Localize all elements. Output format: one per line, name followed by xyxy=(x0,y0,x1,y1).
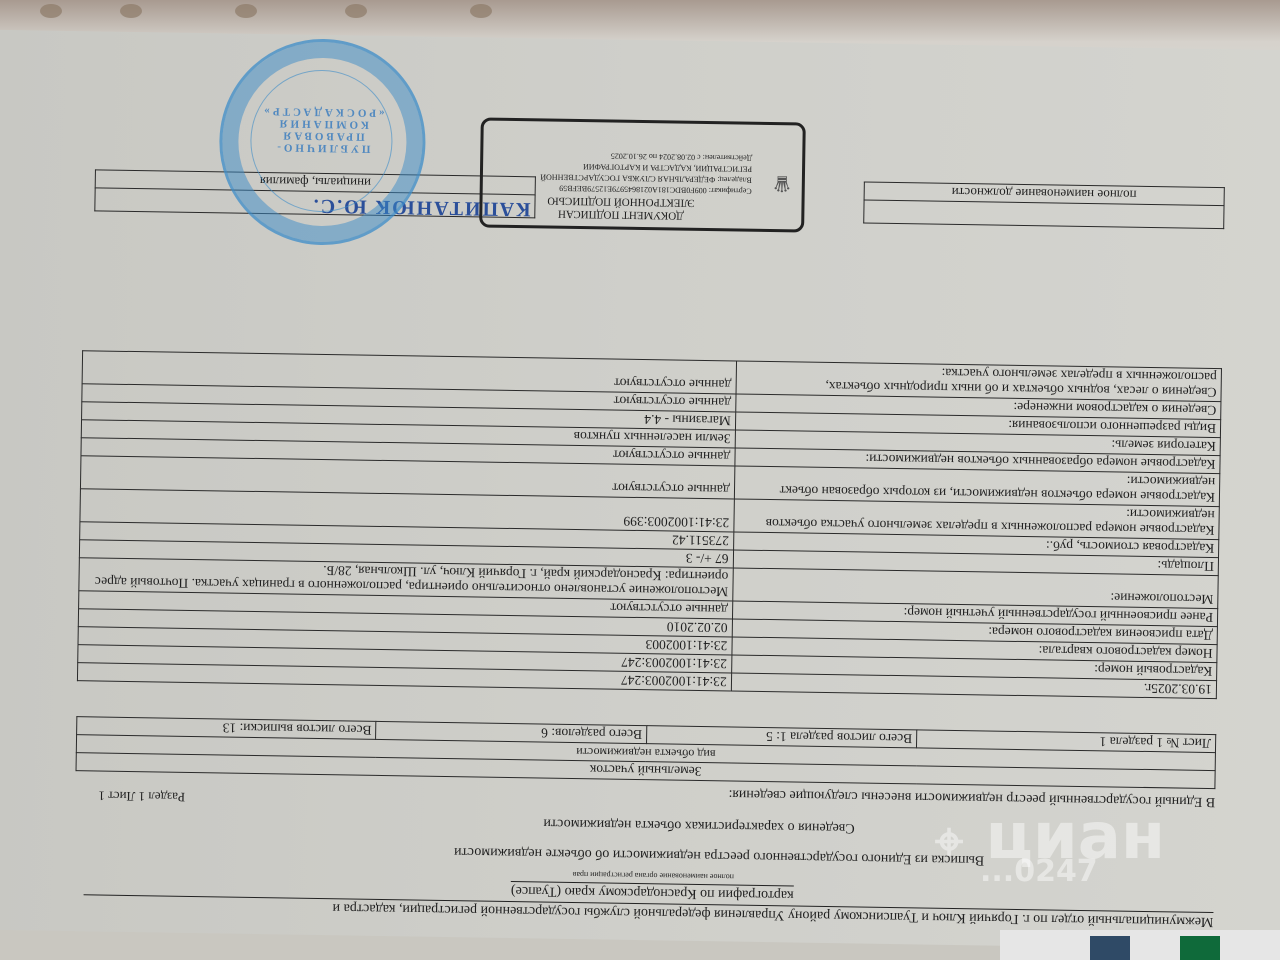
background-objects xyxy=(1000,930,1280,960)
cian-watermark: ⌖ циан ...0247 xyxy=(935,800,1165,889)
characteristics-table: 19.03.2025г. 23:41:1002003:247 Кадастров… xyxy=(77,350,1222,699)
office-name-line2: картографии по Краснодарскому краю (Туап… xyxy=(511,881,794,902)
stamp-text: ПУБЛИЧНО-ПРАВОВАЯ КОМПАНИЯ «РОСКАДАСТР» xyxy=(242,105,403,156)
emblem-icon: ♛ xyxy=(766,155,793,189)
signature-owner: Владелец: ФЕДЕРАЛЬНАЯ СЛУЖБА ГОСУДАРСТВЕ… xyxy=(491,160,752,186)
section-label: Раздел 1 Лист 1 xyxy=(98,788,185,805)
document-title: Выписка из Единого государственного реес… xyxy=(454,843,984,867)
object-type-table: Земельный участок вид объекта недвижимос… xyxy=(76,716,1217,789)
electronic-signature-box: ♛ ДОКУМЕНТ ПОДПИСАН ЭЛЕКТРОННОЙ ПОДПИСЬЮ… xyxy=(479,117,806,232)
office-caption: полное наименование органа регистрации п… xyxy=(573,870,734,882)
location-pin-icon: ⌖ xyxy=(935,812,963,870)
document-subtitle: Сведения о характеристиках объекта недви… xyxy=(543,815,854,836)
